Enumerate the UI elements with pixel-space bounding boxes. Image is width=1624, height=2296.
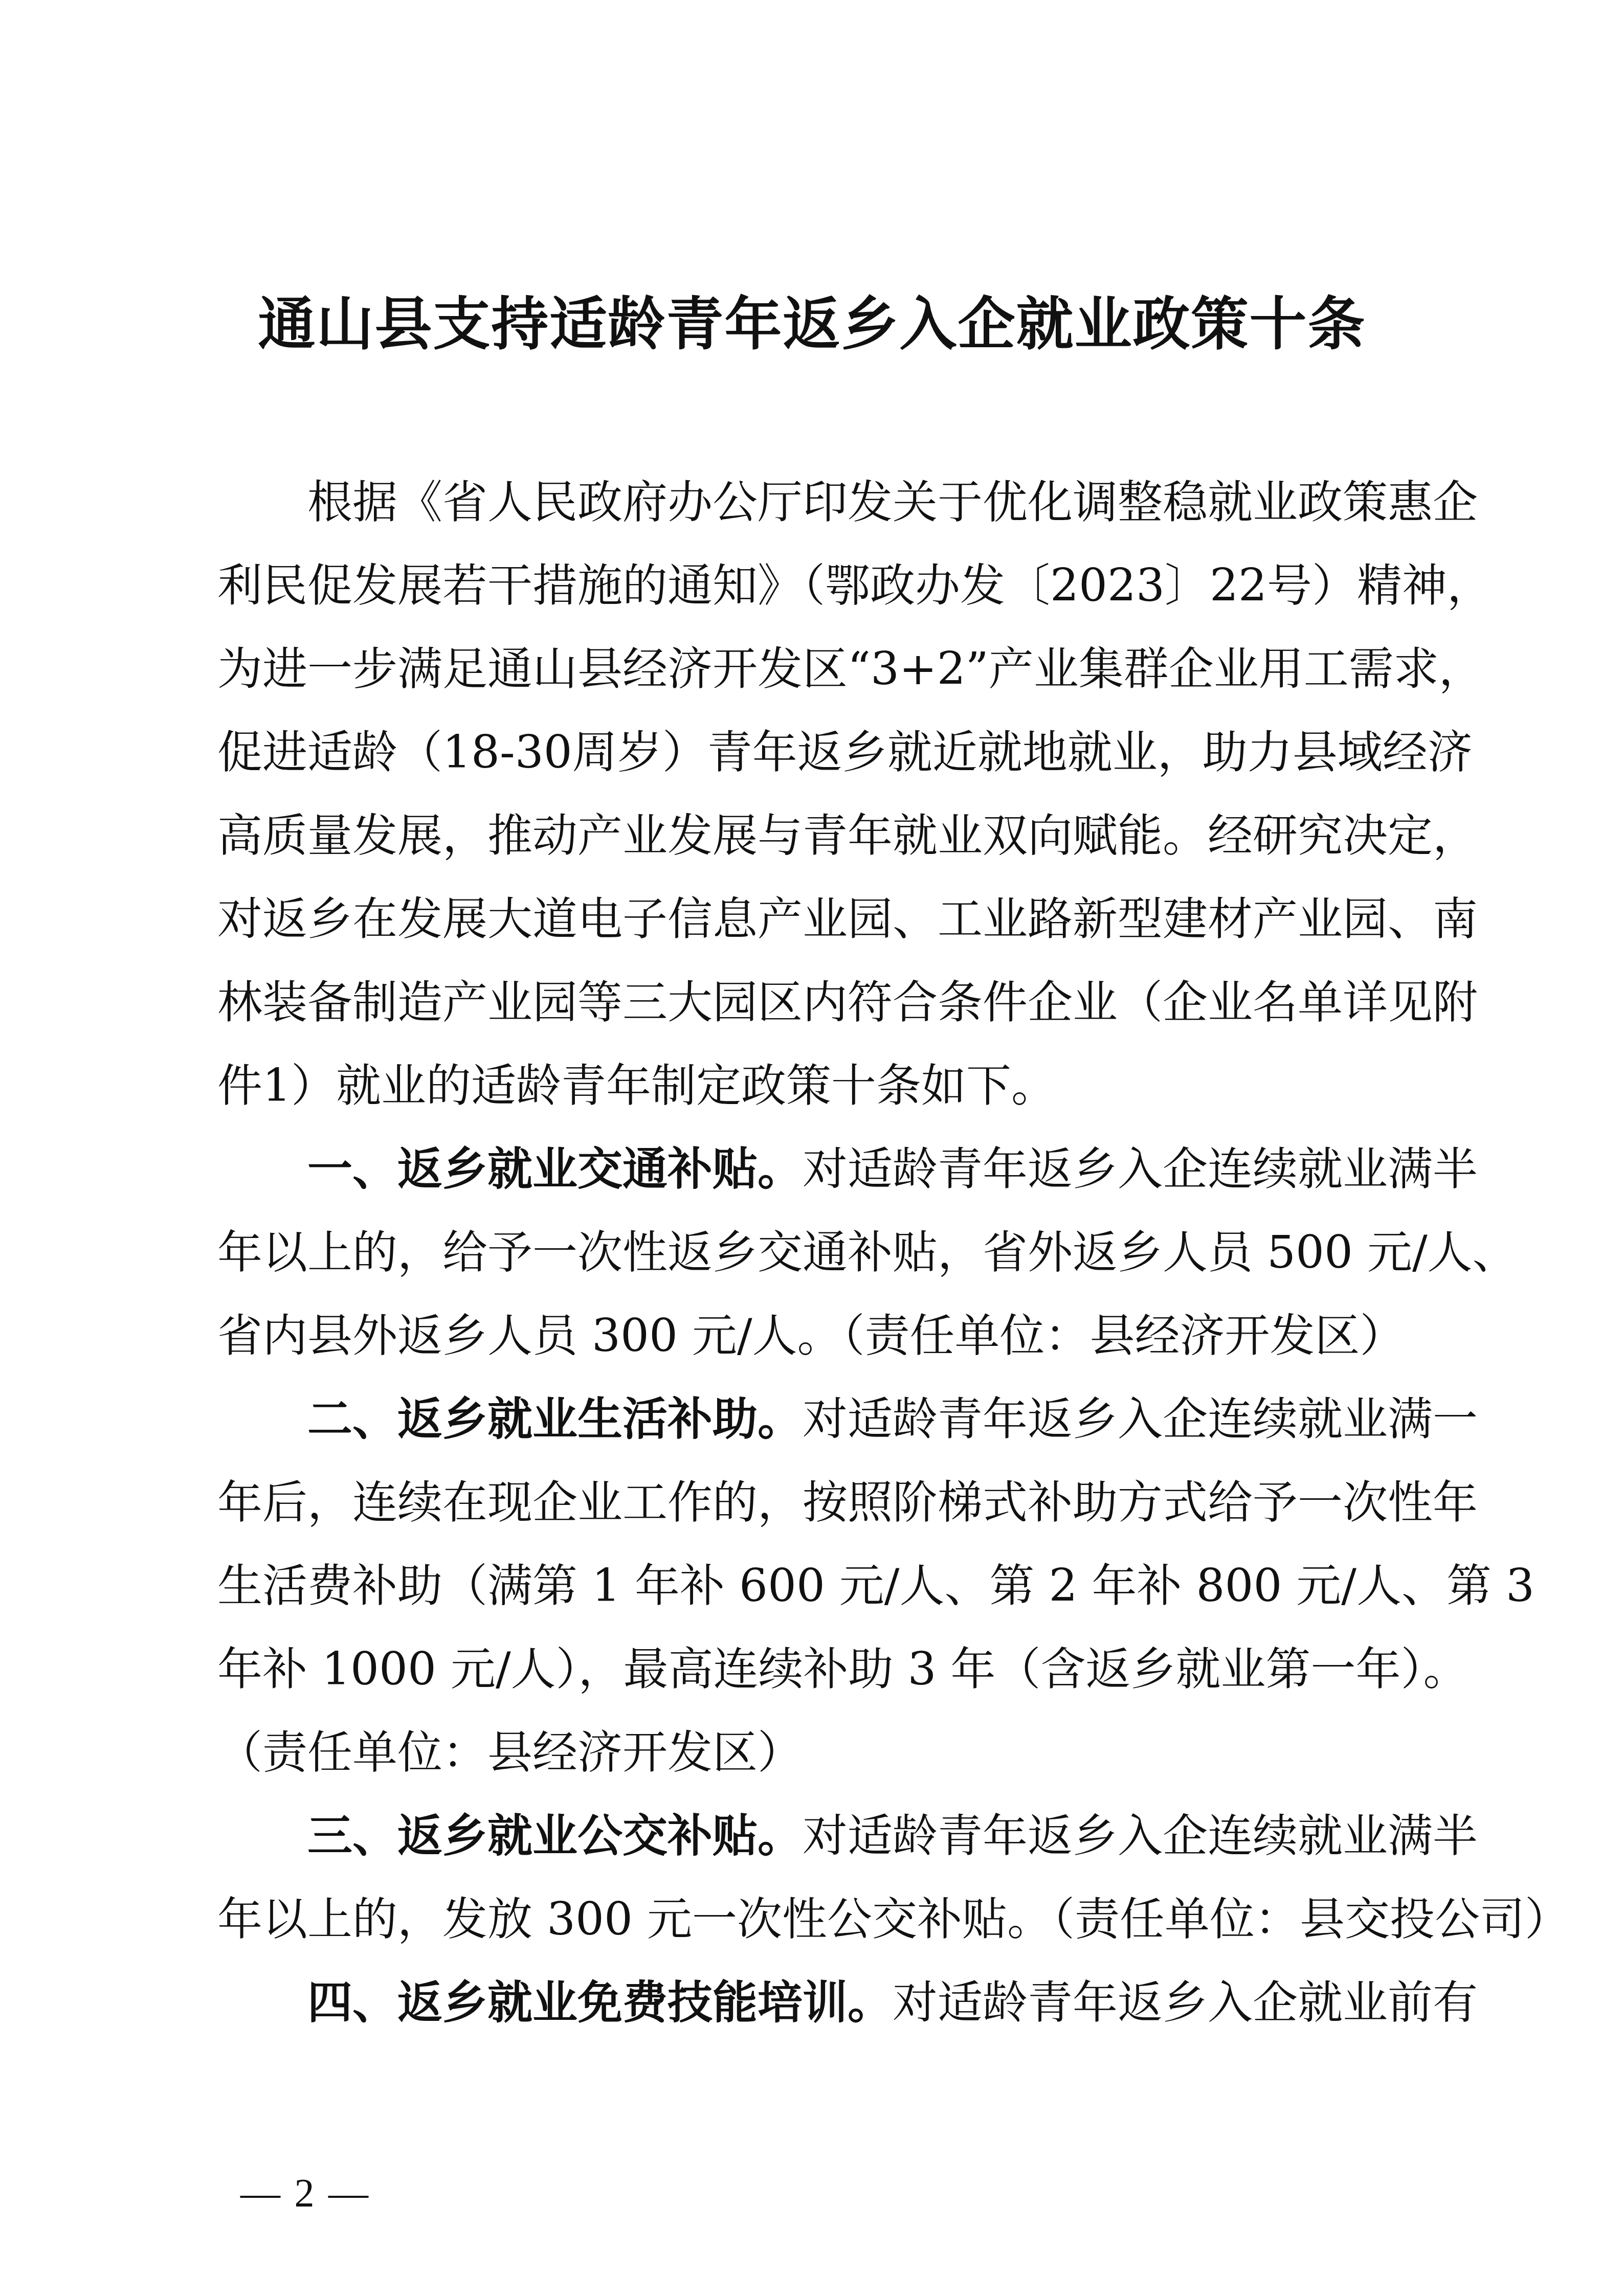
policy-item-2-first-line: 二、返乡就业生活补助。对适龄青年返乡入企连续就业满一 bbox=[217, 1377, 1414, 1460]
policy-item-4-first-line: 四、返乡就业免费技能培训。对适龄青年返乡入企就业前有 bbox=[217, 1961, 1414, 2044]
policy-item-line: 生活费补助（满第 1 年补 600 元/人、第 2 年补 800 元/人、第 3 bbox=[217, 1544, 1414, 1627]
policy-item-text: 对适龄青年返乡入企连续就业满半 bbox=[803, 1142, 1478, 1195]
policy-item-text: 对适龄青年返乡入企连续就业满半 bbox=[803, 1809, 1478, 1862]
policy-item-heading: 三、返乡就业公交补贴。 bbox=[307, 1809, 803, 1862]
policy-item-line: 省内县外返乡人员 300 元/人。（责任单位：县经济开发区） bbox=[217, 1294, 1414, 1377]
preamble-line: 根据《省人民政府办公厅印发关于优化调整稳就业政策惠企 bbox=[217, 460, 1414, 544]
policy-item-text: 对适龄青年返乡入企连续就业满一 bbox=[803, 1392, 1478, 1445]
preamble-line: 高质量发展，推动产业发展与青年就业双向赋能。经研究决定， bbox=[217, 794, 1414, 877]
policy-item-line: （责任单位：县经济开发区） bbox=[217, 1710, 1414, 1794]
page-number: — 2 — bbox=[240, 2167, 370, 2218]
policy-item-line: 年补 1000 元/人），最高连续补助 3 年（含返乡就业第一年）。 bbox=[217, 1627, 1414, 1710]
document-title: 通山县支持适龄青年返乡入企就业政策十条 bbox=[0, 284, 1624, 366]
document-body: 根据《省人民政府办公厅印发关于优化调整稳就业政策惠企 利民促发展若干措施的通知》… bbox=[217, 460, 1414, 2044]
policy-item-heading: 一、返乡就业交通补贴。 bbox=[307, 1142, 803, 1195]
policy-item-1-first-line: 一、返乡就业交通补贴。对适龄青年返乡入企连续就业满半 bbox=[217, 1127, 1414, 1210]
preamble-line: 林装备制造产业园等三大园区内符合条件企业（企业名单详见附 bbox=[217, 960, 1414, 1044]
preamble-line: 利民促发展若干措施的通知》（鄂政办发〔2023〕22号）精神， bbox=[217, 544, 1414, 627]
policy-item-line: 年以上的，给予一次性返乡交通补贴，省外返乡人员 500 元/人、 bbox=[217, 1210, 1414, 1294]
policy-item-3-first-line: 三、返乡就业公交补贴。对适龄青年返乡入企连续就业满半 bbox=[217, 1794, 1414, 1877]
policy-item-line: 年以上的，发放 300 元一次性公交补贴。（责任单位：县交投公司） bbox=[217, 1877, 1414, 1961]
preamble-line: 促进适龄（18-30周岁）青年返乡就近就地就业，助力县域经济 bbox=[217, 710, 1414, 794]
policy-item-heading: 四、返乡就业免费技能培训。 bbox=[307, 1976, 893, 2029]
policy-item-text: 对适龄青年返乡入企就业前有 bbox=[893, 1976, 1478, 2029]
policy-item-line: 年后，连续在现企业工作的，按照阶梯式补助方式给予一次性年 bbox=[217, 1460, 1414, 1544]
policy-item-heading: 二、返乡就业生活补助。 bbox=[307, 1392, 803, 1445]
preamble-line: 为进一步满足通山县经济开发区“3+2”产业集群企业用工需求， bbox=[217, 627, 1414, 710]
preamble-line: 对返乡在发展大道电子信息产业园、工业路新型建材产业园、南 bbox=[217, 877, 1414, 960]
preamble-line: 件1）就业的适龄青年制定政策十条如下。 bbox=[217, 1044, 1414, 1127]
